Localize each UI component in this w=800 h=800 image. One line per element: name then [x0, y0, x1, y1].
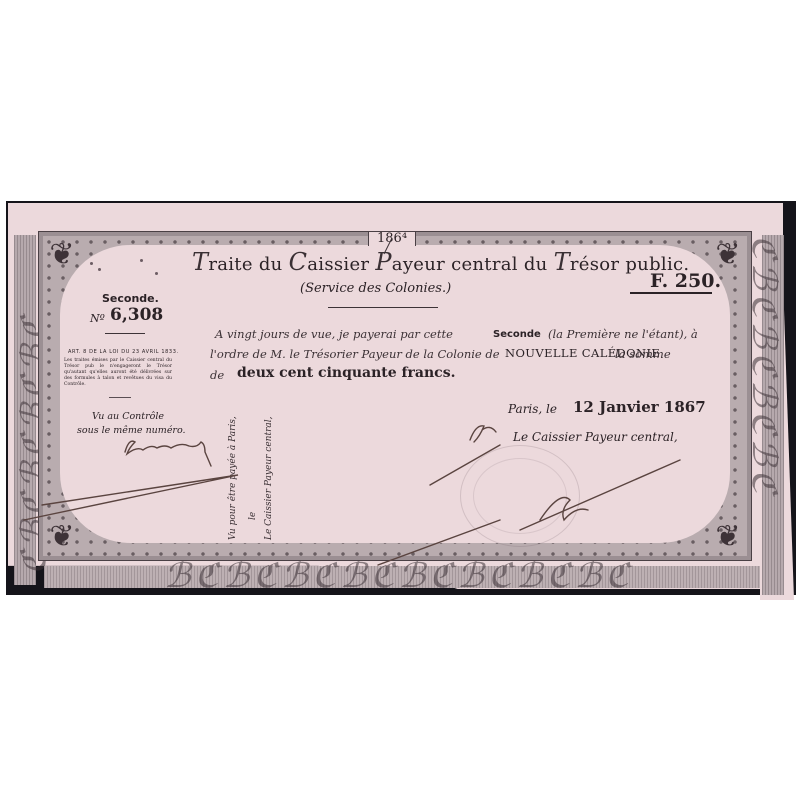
body-line-1-end: (la Première ne l'étant), à: [548, 327, 698, 341]
visa-line-2: sous le même numéro.: [77, 425, 186, 436]
flourish-ornament-icon: ❦: [706, 515, 750, 559]
year-box: 186⁴: [368, 232, 416, 246]
amount-in-words: deux cent cinquante francs.: [237, 365, 455, 381]
faded-seal-stamp: [460, 445, 580, 547]
law-text: Les traites émises par le Caissier centr…: [64, 358, 172, 388]
paper-speck: [98, 268, 101, 271]
flourish-ornament-icon: ❦: [40, 515, 84, 559]
title-text: raite du: [208, 254, 288, 275]
vertical-signatory: Le Caissier Payeur central,: [264, 417, 274, 540]
left-engraved-stub: ℭℬℭℬℭℬℭℬℭ: [14, 235, 36, 585]
body-line-2: l'ordre de M. le Trésorier Payeur de la …: [210, 347, 500, 361]
flourish-ornament-icon: ❦: [40, 233, 84, 277]
body-line-3: de: [210, 368, 224, 382]
title-text: ayeur central du: [392, 254, 554, 275]
title-initial: T: [192, 248, 208, 276]
copy-word: Seconde: [493, 329, 541, 340]
signatory-title: Le Caissier Payeur central,: [513, 430, 678, 444]
document-subtitle: (Service des Colonies.): [300, 281, 451, 296]
amount-underline: [630, 292, 712, 294]
band-script-pattern: ℬℭℬℭℬℭℬℭℬℭℬℭℬℭℬℭ: [164, 556, 633, 596]
right-engraved-stub: ℭℬℭℬℭℬℭℬℭ: [762, 235, 784, 595]
paper-speck: [90, 262, 93, 265]
vertical-le: le: [248, 512, 258, 520]
serial-number: 6,308: [110, 305, 163, 325]
body-line-2-end: la somme: [615, 347, 671, 361]
title-initial: C: [289, 248, 308, 276]
law-divider: [109, 397, 131, 398]
body-line-1: A vingt jours de vue, je payerai par cet…: [215, 327, 453, 341]
document-title: Traite du Caissier Payeur central du Tré…: [192, 248, 689, 276]
copy-label: Seconde.: [102, 292, 159, 305]
place-prefix: Paris, le: [508, 402, 557, 416]
number-prefix: Nº: [90, 312, 105, 325]
title-text: aissier: [307, 254, 375, 275]
title-initial: T: [554, 248, 570, 276]
title-divider: [328, 307, 438, 308]
title-initial: P: [375, 248, 391, 276]
visa-line-1: Vu au Contrôle: [92, 411, 164, 422]
paper-speck: [155, 272, 158, 275]
issue-date: 12 Janvier 1867: [573, 398, 706, 416]
law-heading: ART. 8 DE LA LOI DU 23 AVRIL 1833.: [68, 349, 179, 355]
amount-figure: F. 250.: [650, 270, 721, 292]
bottom-engraved-band: ℬℭℬℭℬℭℬℭℬℭℬℭℬℭℬℭ: [44, 566, 760, 588]
number-divider: [105, 333, 145, 334]
paper-speck: [140, 259, 143, 262]
vertical-payment-note: Vu pour être payée à Paris,: [228, 416, 238, 540]
